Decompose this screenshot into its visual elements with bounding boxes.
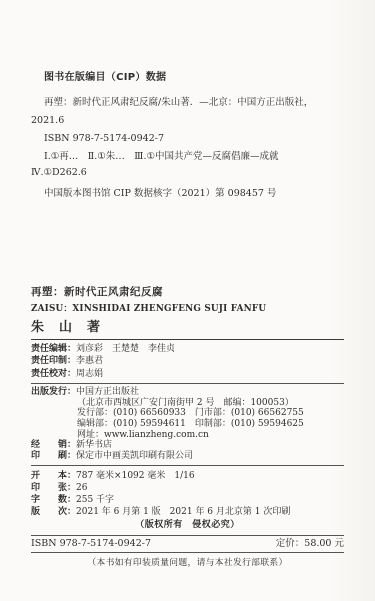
publisher-phones-1: 发行部：(010) 66560933 门市部：(010) 66562755 (31, 408, 344, 419)
spec-row-sheets: 印 张： 26 (31, 482, 344, 494)
spec-row-wordcount: 字 数： 255 千字 (31, 494, 344, 506)
spec-label: 开 本： (31, 470, 76, 482)
page-content: 图书在版编目（CIP）数据 再塑：新时代正风肃纪反腐/朱山著．—北京：中国方正出… (31, 0, 344, 569)
staff-value: 李惠君 (76, 355, 103, 367)
spec-label: 版 次： (31, 506, 76, 518)
publisher-phones-2: 编辑部：(010) 59594611 印制部：(010) 59594625 (31, 419, 344, 430)
staff-label: 责任印制： (31, 355, 76, 367)
publisher-block: 出版发行： 中国方正出版社 （北京市西城区广安门南街甲 2 号 邮编：10005… (31, 384, 344, 465)
publisher-website: 网址：www.lianzheng.com.cn (31, 430, 344, 441)
cip-title-line-continuation: 2021.6 (31, 112, 344, 130)
printer-row: 印 刷： 保定市中画美凯印刷有限公司 (31, 451, 344, 462)
publisher-label: 出版发行： (31, 387, 76, 398)
staff-block: 责任编辑： 刘彦彩 王楚楚 李佳贞 责任印制： 李惠君 责任校对： 周志娟 (31, 340, 344, 383)
book-title: 再塑：新时代正风肃纪反腐 (31, 285, 344, 299)
spec-label: 字 数： (31, 494, 76, 506)
cip-registration-number: 中国版本图书馆 CIP 数据核字（2021）第 098457 号 (31, 185, 344, 203)
spec-value: 255 千字 (76, 494, 114, 506)
cip-heading: 图书在版编目（CIP）数据 (31, 71, 344, 84)
isbn-price-row: ISBN 978-7-5174-0942-7 定价：58.00 元 (31, 536, 344, 552)
spec-value: 26 (76, 482, 87, 494)
title-block: 再塑：新时代正风肃纪反腐 ZAISU：XINSHIDAI ZHENGFENG S… (31, 285, 344, 336)
isbn-number: ISBN 978-7-5174-0942-7 (31, 537, 151, 551)
staff-value: 刘彦彩 王楚楚 李佳贞 (76, 343, 175, 355)
spec-block: 开 本： 787 毫米×1092 毫米 1/16 印 张： 26 字 数： 25… (31, 466, 344, 535)
cip-title-line: 再塑：新时代正风肃纪反腐/朱山著．—北京：中国方正出版社， (31, 94, 344, 112)
distribution-row: 经 销： 新华书店 (31, 440, 344, 451)
publisher-row: 出版发行： 中国方正出版社 (31, 387, 344, 398)
cip-block: 图书在版编目（CIP）数据 再塑：新时代正风肃纪反腐/朱山著．—北京：中国方正出… (31, 0, 344, 203)
staff-label: 责任编辑： (31, 343, 76, 355)
rights-notice: （版权所有 侵权必究） (31, 519, 344, 532)
cip-classification-line2: Ⅳ.①D262.6 (31, 166, 344, 180)
book-title-pinyin: ZAISU：XINSHIDAI ZHENGFENG SUJI FANFU (31, 303, 344, 315)
distribution-label: 经 销： (31, 440, 76, 451)
staff-row-editor: 责任编辑： 刘彦彩 王楚楚 李佳贞 (31, 343, 344, 355)
price: 定价：58.00 元 (276, 537, 344, 551)
staff-label: 责任校对： (31, 368, 76, 380)
staff-value: 周志娟 (76, 368, 103, 380)
quality-footnote: （本书如有印装质量问题，请与本社发行部联系） (31, 557, 344, 569)
cip-classification-line1: Ⅰ.①再… Ⅱ.①朱… Ⅲ.①中国共产党—反腐倡廉—成就 (31, 148, 344, 166)
cip-isbn: ISBN 978-7-5174-0942-7 (31, 130, 344, 148)
copyright-page: 图书在版编目（CIP）数据 再塑：新时代正风肃纪反腐/朱山著．—北京：中国方正出… (0, 0, 375, 601)
spec-row-format: 开 本： 787 毫米×1092 毫米 1/16 (31, 470, 344, 482)
spec-row-edition: 版 次： 2021 年 6 月第 1 版 2021 年 6 月北京第 1 次印刷 (31, 506, 344, 518)
publisher-name: 中国方正出版社 (76, 387, 139, 398)
spec-label: 印 张： (31, 482, 76, 494)
book-author: 朱 山 著 (31, 319, 344, 336)
spec-value: 787 毫米×1092 毫米 1/16 (76, 470, 195, 482)
distribution-value: 新华书店 (76, 440, 112, 451)
spec-value: 2021 年 6 月第 1 版 2021 年 6 月北京第 1 次印刷 (76, 506, 290, 518)
staff-row-printing: 责任印制： 李惠君 (31, 355, 344, 367)
staff-row-proofreading: 责任校对： 周志娟 (31, 368, 344, 380)
divider-below-isbn (31, 552, 344, 553)
printer-value: 保定市中画美凯印刷有限公司 (76, 451, 193, 462)
printer-label: 印 刷： (31, 451, 76, 462)
publisher-address: （北京市西城区广安门南街甲 2 号 邮编：100053） (31, 398, 344, 409)
